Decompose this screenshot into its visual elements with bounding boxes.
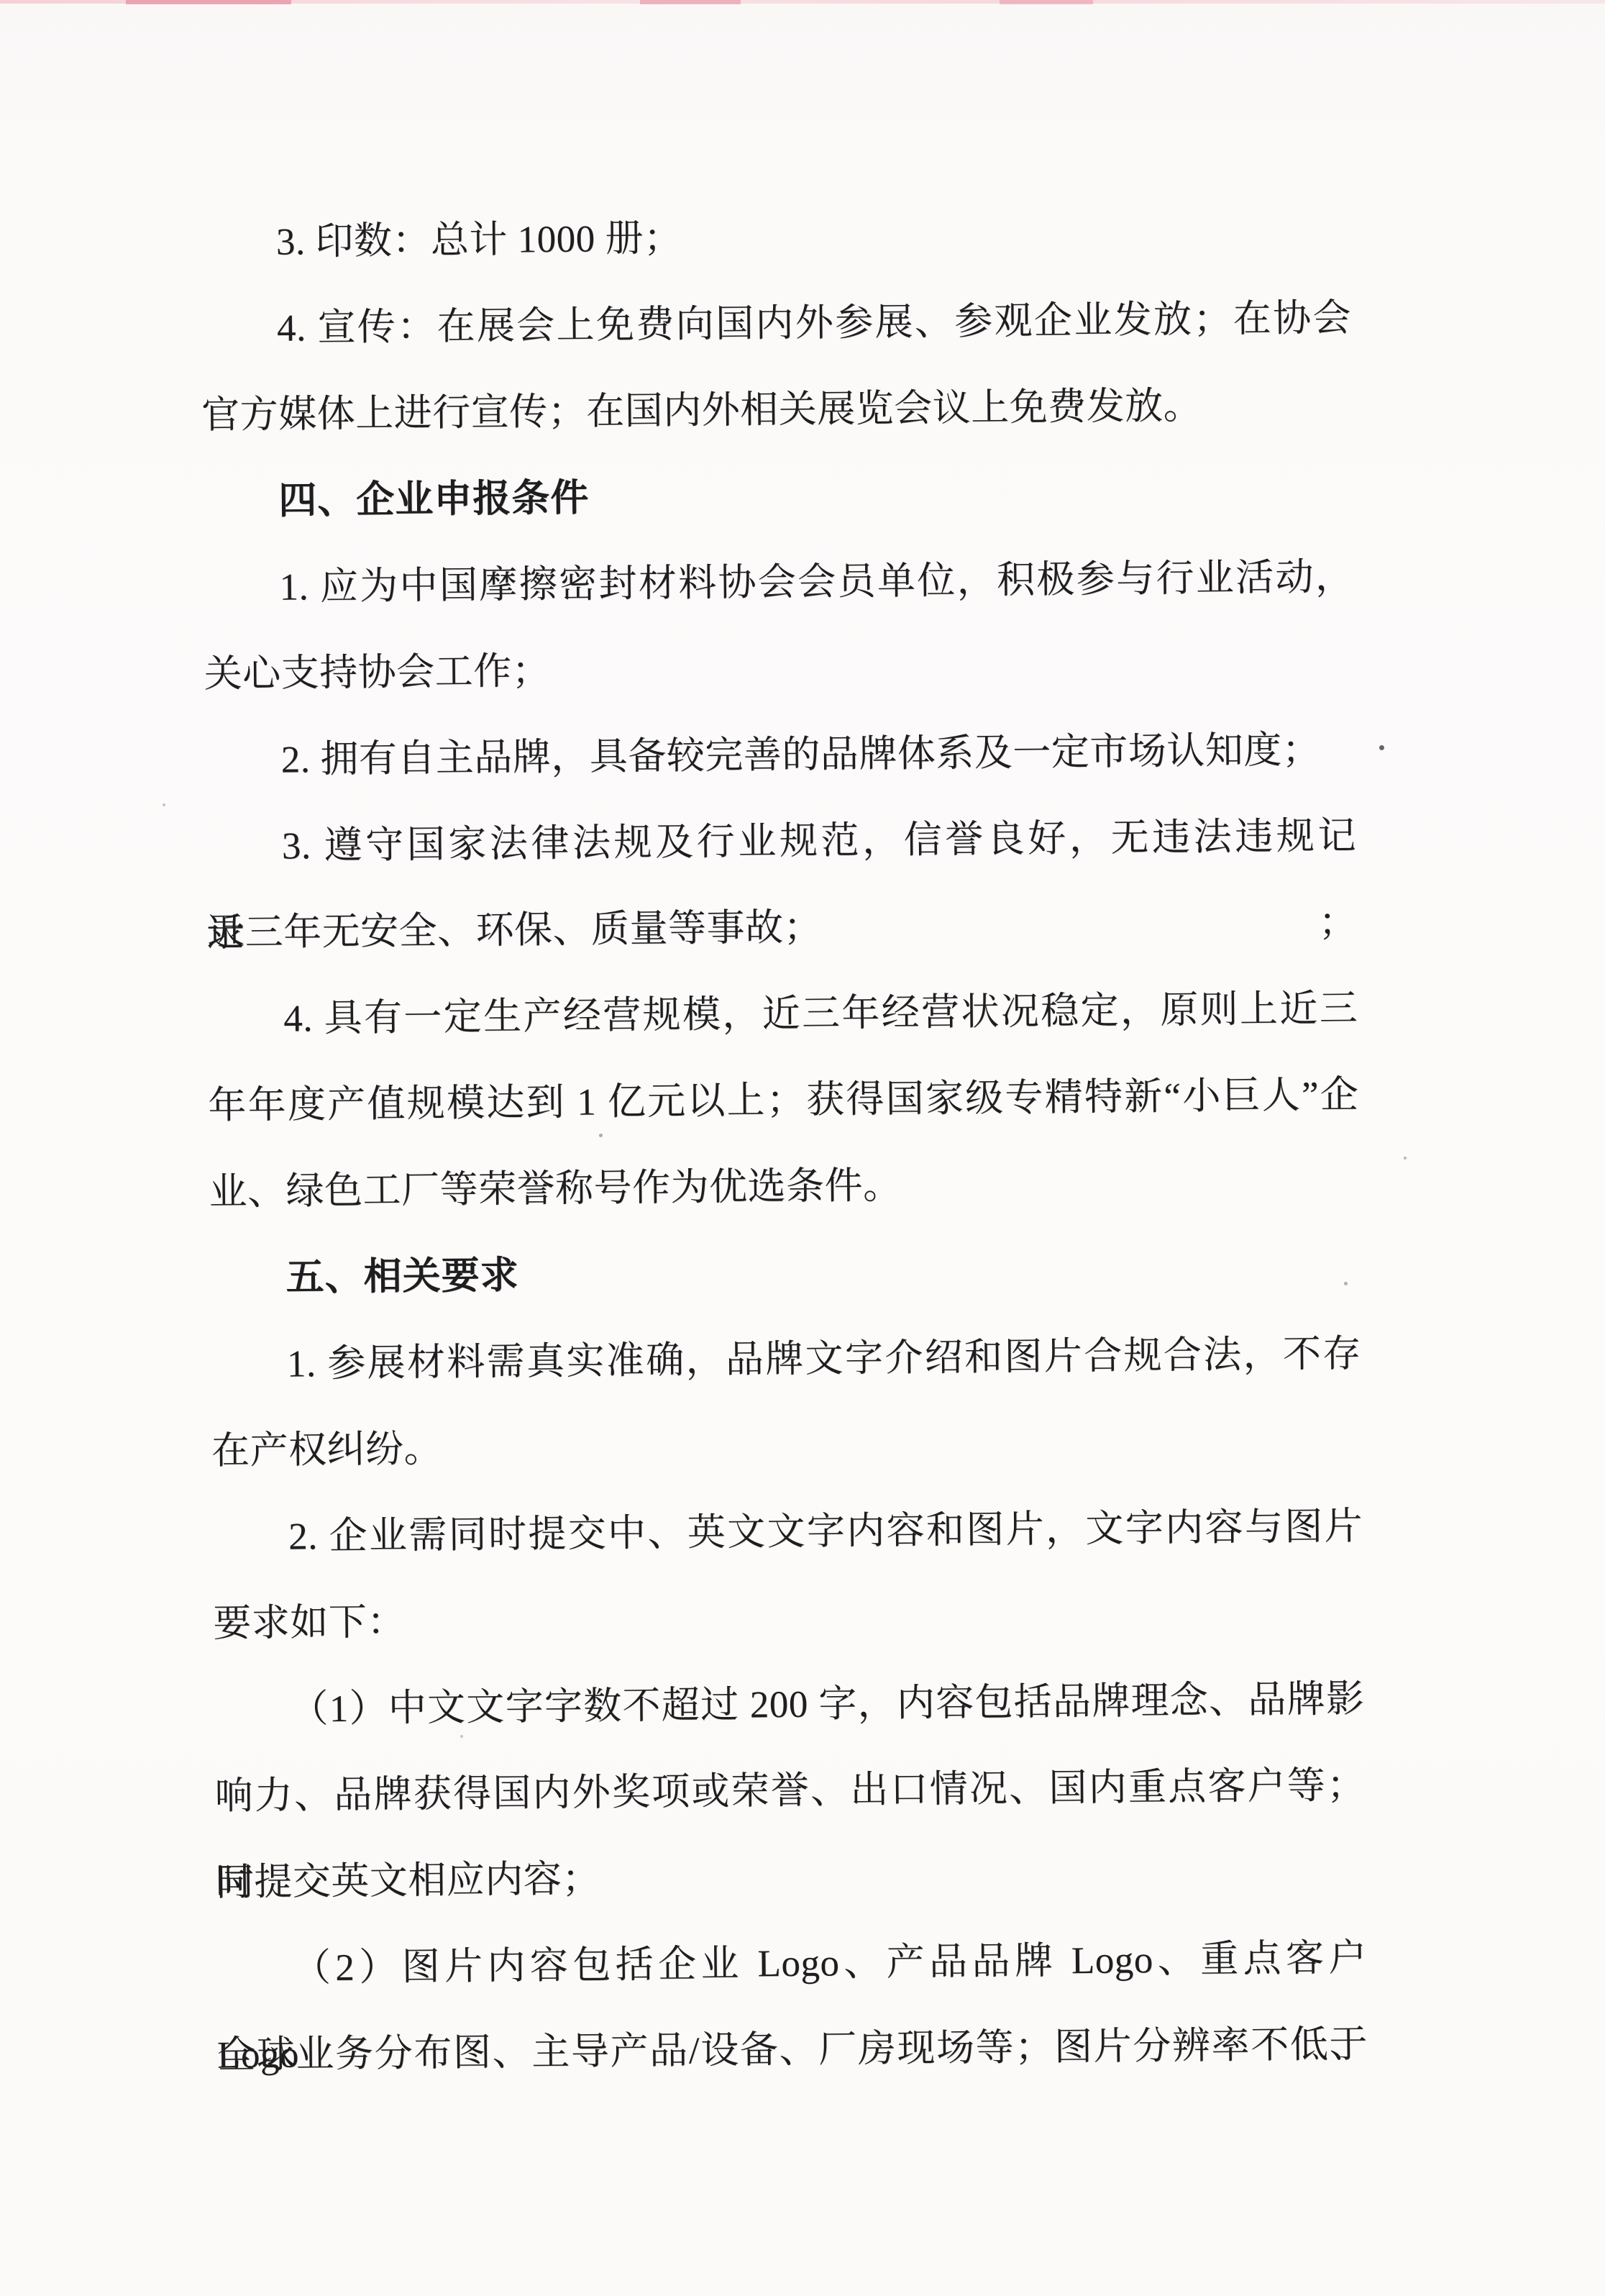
doc-line-text-spec-1b: 响力、品牌获得国内外奖项或荣誉、出口情况、国内重点客户等；同 (214, 1742, 1366, 1839)
doc-line-text-spec-1c: 时提交英文相应内容； (215, 1828, 1366, 1926)
doc-line-requirement-1b: 在产权纠纷。 (211, 1397, 1362, 1494)
scanner-edge-segment (126, 0, 291, 4)
section-heading-conditions: 四、企业申报条件 (202, 447, 1353, 545)
scan-speck (460, 1735, 463, 1738)
doc-line-condition-3a: 3. 遵守国家法律法规及行业规范，信誉良好，无违法违规记录； (205, 793, 1356, 890)
doc-line-requirement-1a: 1. 参展材料需真实准确，品牌文字介绍和图片合规合法，不存 (210, 1311, 1361, 1408)
doc-line-requirement-2b: 要求如下： (213, 1570, 1364, 1667)
doc-line-condition-1a: 1. 应为中国摩擦密封材料协会会员单位，积极参与行业活动， (203, 534, 1354, 631)
scanner-edge-segment (640, 0, 741, 4)
doc-line-promotion-1: 4. 宣传：在展会上免费向国内外参展、参观企业发放；在协会 (201, 275, 1352, 372)
doc-line-condition-4b: 年年度产值规模达到 1 亿元以上；获得国家级专精特新“小巨人”企 (208, 1052, 1359, 1149)
scan-speck (1404, 1157, 1407, 1160)
scan-speck (163, 803, 165, 806)
section-heading-requirements: 五、相关要求 (209, 1224, 1361, 1321)
scan-speck (1344, 1282, 1348, 1285)
doc-line-condition-4a: 4. 具有一定生产经营规模，近三年经营状况稳定，原则上近三 (207, 965, 1358, 1062)
doc-line-image-spec-2a: （2）图片内容包括企业 Logo、产品品牌 Logo、重点客户 Logo、 (216, 1915, 1367, 2012)
scanned-document-page: 3. 印数：总计 1000 册； 4. 宣传：在展会上免费向国内外参展、参观企业… (0, 0, 1605, 2296)
stray-ink-dot (1379, 745, 1384, 750)
doc-line-condition-1b: 关心支持协会工作； (204, 620, 1355, 717)
doc-line-condition-2: 2. 拥有自主品牌，具备较完善的品牌体系及一定市场认知度； (204, 706, 1355, 803)
doc-line-condition-4c: 业、绿色工厂等荣誉称号作为优选条件。 (209, 1138, 1360, 1235)
scanner-edge-segment (1000, 0, 1093, 4)
doc-line-requirement-2a: 2. 企业需同时提交中、英文文字内容和图片，文字内容与图片 (212, 1483, 1363, 1580)
doc-line-print-count: 3. 印数：总计 1000 册； (199, 188, 1350, 286)
doc-line-promotion-2: 官方媒体上进行宣传；在国内外相关展览会议上免费发放。 (201, 361, 1353, 458)
document-text: 3. 印数：总计 1000 册； 4. 宣传：在展会上免费向国内外参展、参观企业… (199, 188, 1368, 2098)
doc-line-image-spec-2b: 全球业务分布图、主导产品/设备、厂房现场等；图片分辨率不低于 (217, 2001, 1368, 2098)
scan-speck (599, 1134, 603, 1137)
doc-line-text-spec-1a: （1）中文文字字数不超过 200 字，内容包括品牌理念、品牌影 (214, 1656, 1365, 1753)
